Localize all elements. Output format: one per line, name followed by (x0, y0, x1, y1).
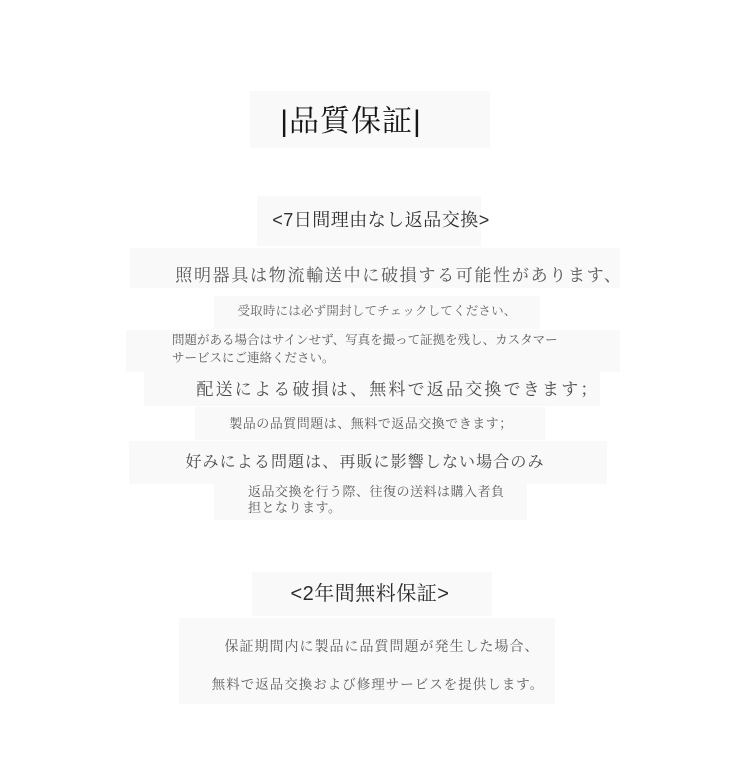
quality-guarantee-page: |品質保証| <7日間理由なし返品交換> 照明器具は物流輸送中に破損する可能性が… (0, 0, 750, 777)
line-damage-possibility: 照明器具は物流輸送中に破損する可能性があります、 (24, 263, 750, 288)
line-return-shipping-cost: 返品交換を行う際、往復の送料は購入者負 担となります。 (248, 484, 508, 516)
line-free-repair-service: 無料で返品交換および修理サービスを提供します。 (3, 675, 750, 694)
section-2year-heading: <2年間無料保証> (0, 581, 745, 607)
line-check-on-receipt: 受取時には必ず開封してチェックしてください、 (2, 302, 750, 321)
page-title: |品質保証| (0, 103, 726, 140)
section-7day-heading: <7日間理由なし返品交換> (6, 208, 750, 233)
line-warranty-period: 保証期間内に製品に品質問題が発生した場合、 (7, 637, 750, 656)
line-problem-instructions: 問題がある場合はサインせず、写真を撮って証拠を残し、カスタマー サービスにご連絡… (172, 331, 572, 367)
line-free-return-quality: 製品の品質問題は、無料で返品交換できます； (0, 414, 746, 433)
line-free-return-shipping-damage: 配送による破損は、無料で返品交換できます； (23, 377, 750, 402)
line-preference-issues: 好みによる問題は、再販に影響しない場合のみ (0, 451, 740, 474)
